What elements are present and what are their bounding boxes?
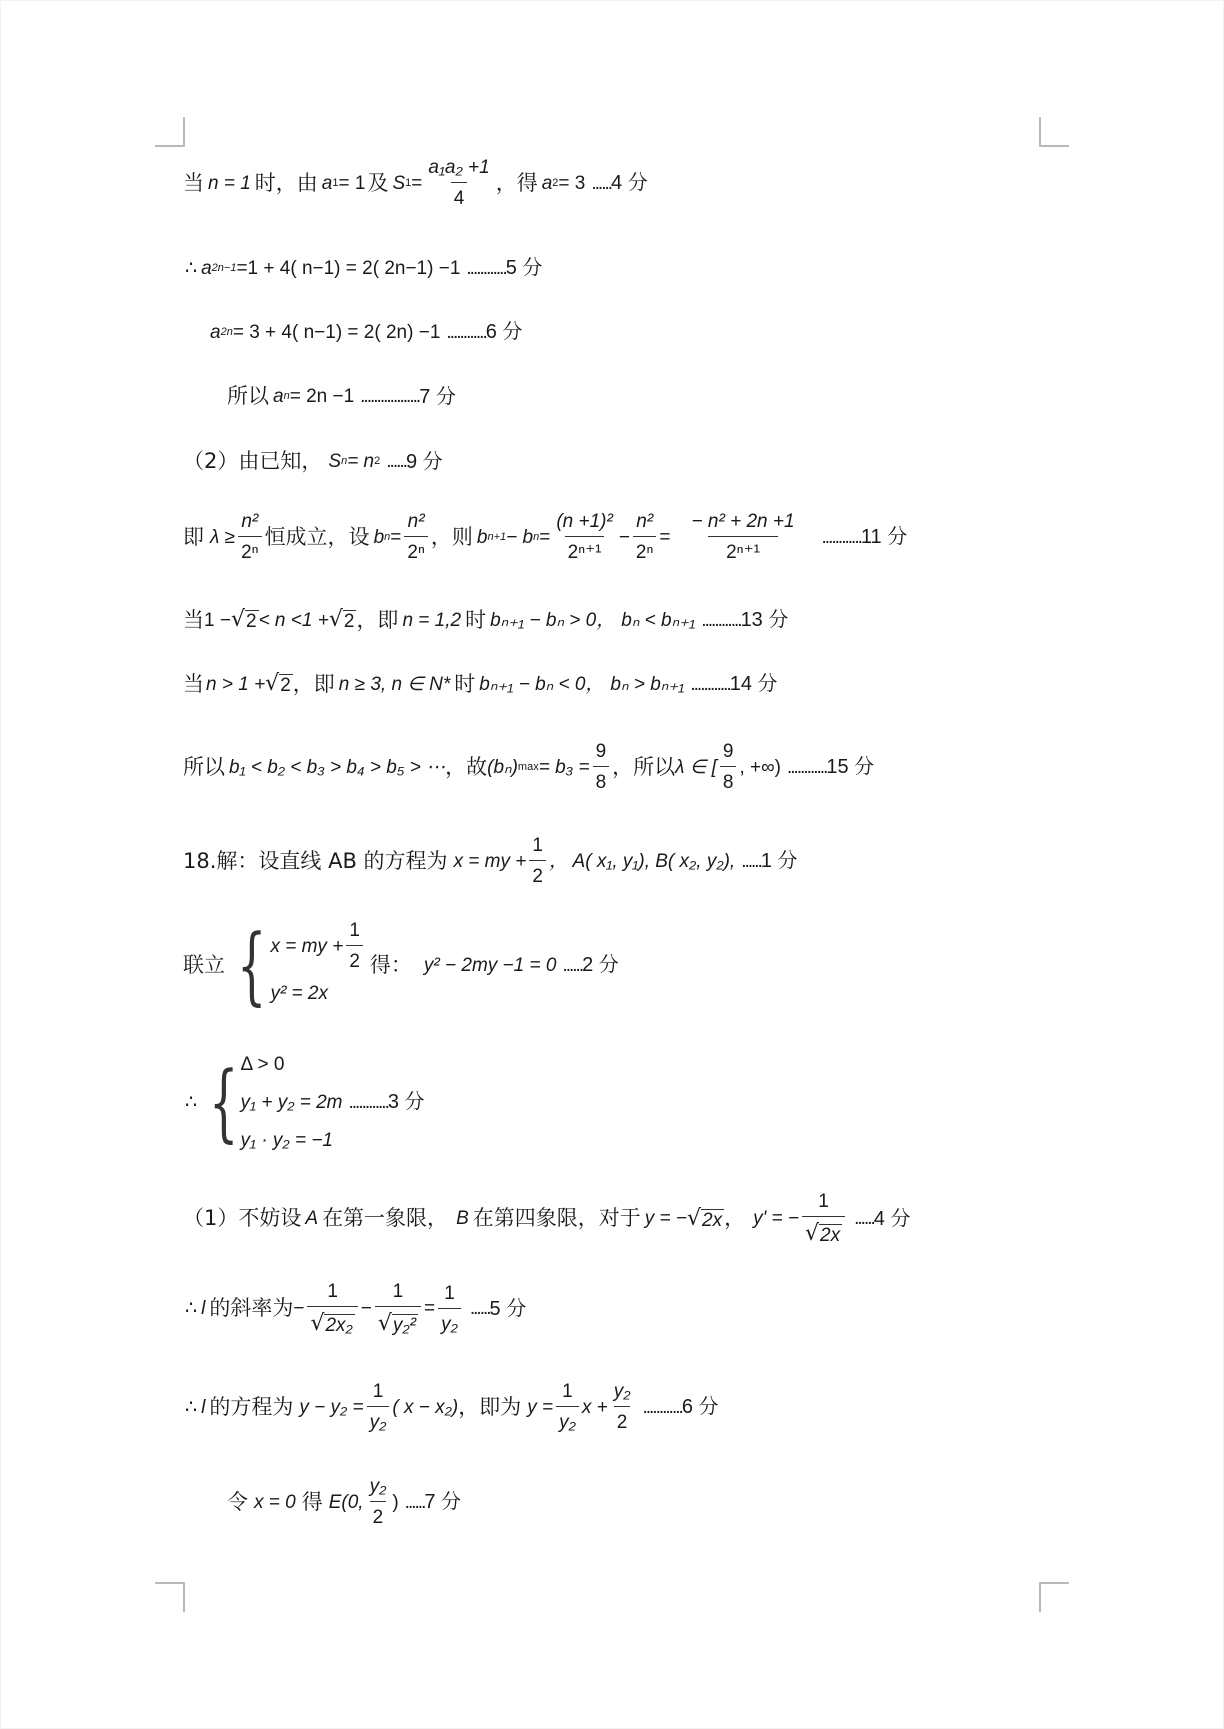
solution-line-an: 所以 an = 2n −1 .................. 7 分 [227,386,456,407]
crop-mark-bottom-left [155,1582,185,1612]
score-label: 13 分 [741,610,789,630]
score-label: 9 分 [406,452,443,472]
score-label: 5 分 [506,258,543,278]
score-label: 7 分 [424,1492,461,1512]
score-label: 5 分 [490,1299,527,1319]
solution-line-point-e: 令 x = 0 得 E(0, y₂2 ) ...... 7 分 [227,1477,461,1527]
fraction: a₁a₂ +14 [425,158,492,208]
square-root: √2x [687,1208,724,1230]
square-root: √2 [329,609,357,631]
equation-system-combine: 联立 { x = my +12 y² = 2x 得： y² − 2my −1 =… [183,918,619,1012]
score-label: 6 分 [486,322,523,342]
score-label: 7 分 [419,387,456,407]
score-label: 4 分 [874,1209,911,1229]
solution-line-max-bn: 所以 b₁ < b₂ < b₃ > b₄ > b₅ > ⋯ ，故 (bₙ)max… [183,742,874,792]
crop-mark-top-right [1039,117,1069,147]
score-label: 1 分 [761,851,798,871]
solution-line-bn-difference: 即 λ ≥ n²2ⁿ 恒成立，设 bn = n²2ⁿ ，则 bn+1 − bn … [183,512,907,562]
solution-line-increasing: 当 1 − √2 < n <1 + √2 ，即 n = 1,2 时 bₙ₊₁ −… [183,609,788,631]
equation-system-vieta: ∴ { Δ > 0 y₁ + y₂ = 2m............3 分 y₁… [185,1045,425,1159]
score-label: 4 分 [611,173,648,193]
solution-line-tangent-equation: ∴ l 的方程为 y − y₂ = 1y₂ ( x − x₂) ，即为 y = … [185,1382,719,1432]
solution-line-a2n-1: ∴ a2n−1 =1 + 4( n−1) = 2( 2n−1) −1 .....… [185,258,542,278]
score-label: 6 分 [682,1397,719,1417]
left-brace: { [237,923,266,1007]
solution-line-a2n: a2n = 3 + 4( n−1) = 2( 2n) −1 ..........… [210,322,522,342]
crop-mark-bottom-right [1039,1582,1069,1612]
score-label: 14 分 [730,674,778,694]
solution-line-decreasing: 当 n > 1 + √2 ，即 n ≥ 3, n ∈ N* 时 bₙ₊₁ − b… [183,673,778,695]
left-brace: { [209,1060,238,1144]
score-label: 15 分 [826,757,874,777]
score-label: 11 分 [861,527,907,547]
crop-mark-top-left [155,117,185,147]
therefore-symbol: ∴ [185,259,197,278]
square-root: √2 [265,673,293,695]
solution-part2-sn: （2）由已知， Sn = n2 ...... 9 分 [183,451,443,472]
problem-18-header: 18.解：设直线 AB 的方程为 x = my + 12 ， A( x₁, y₁… [183,836,798,886]
score-label: 2 分 [582,955,619,975]
solution-part1-derivative: （1）不妨设 A 在第一象限， B 在第四象限，对于 y = − √2x ， y… [183,1192,910,1245]
square-root: √2 [231,609,259,631]
solution-line-a2: 当 n = 1 时，由 a1 = 1 及 S1 = a₁a₂ +14 ，得 a2… [183,158,648,208]
solution-line-slope: ∴ l 的斜率为 − 1√2x₂ − 1√y₂² = 1y₂ ...... 5 … [185,1282,526,1335]
score-label: 3 分 [388,1092,425,1112]
